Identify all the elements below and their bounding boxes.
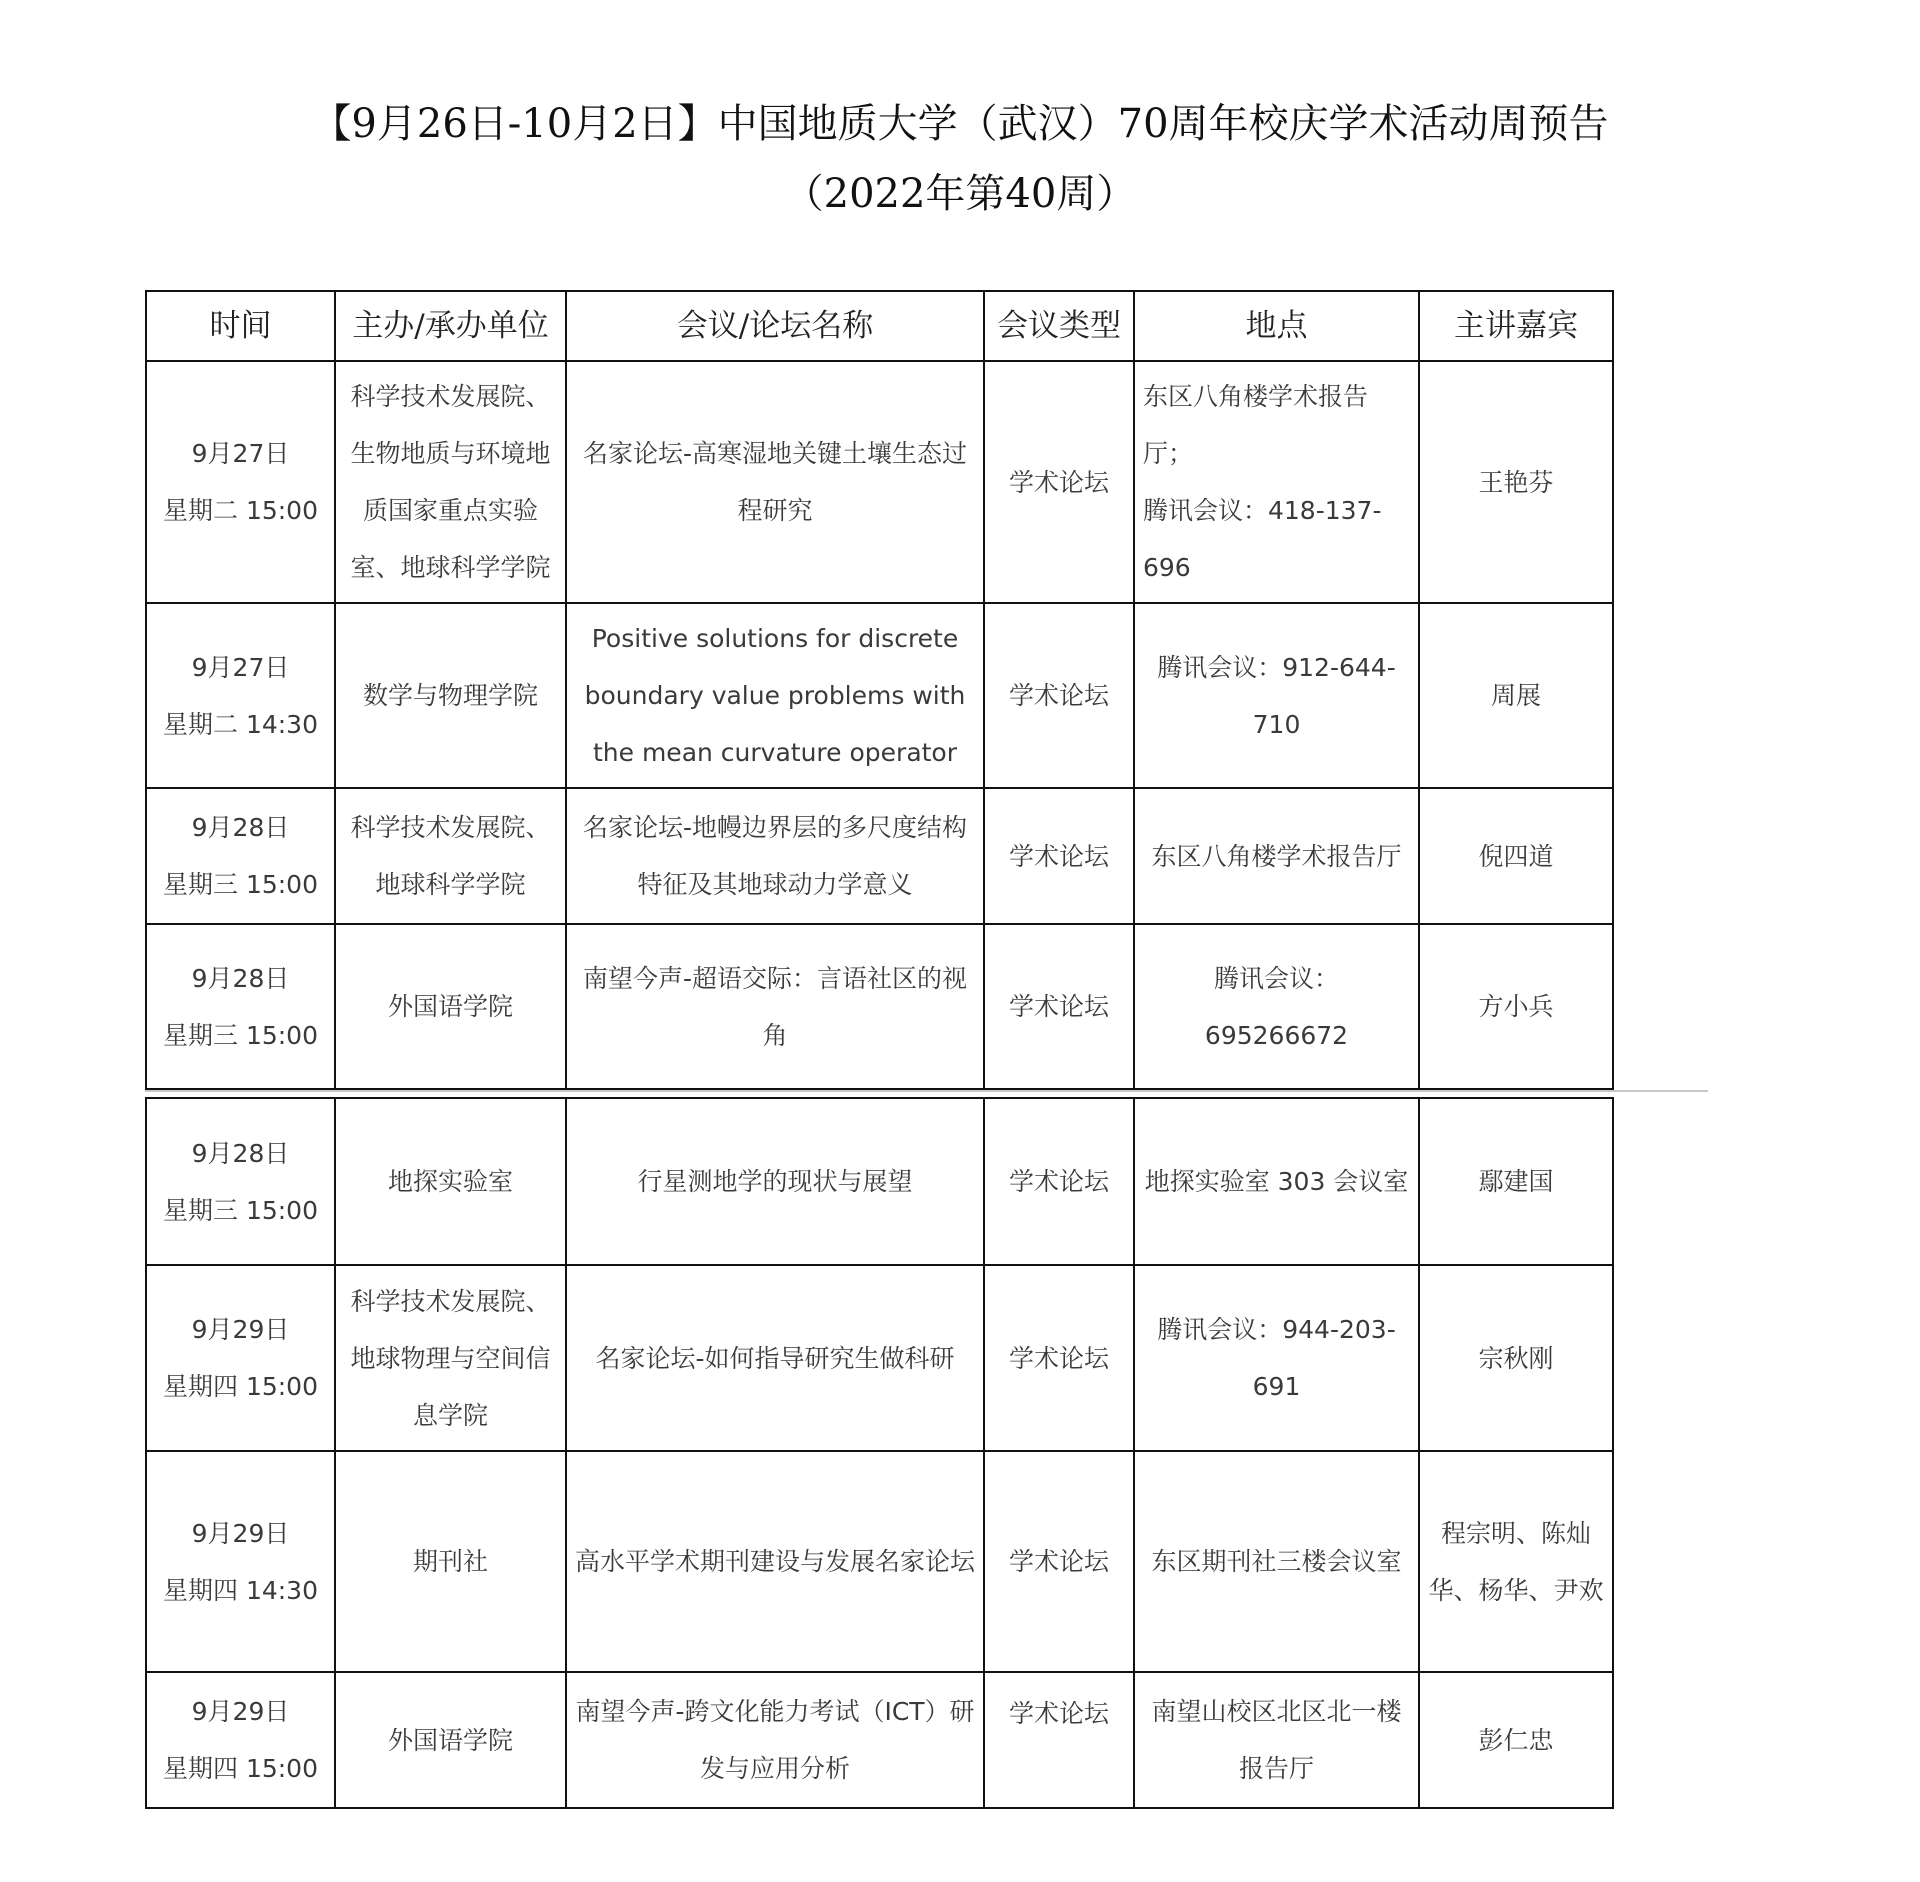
table-row: 9月27日星期二 15:00 科学技术发展院、生物地质与环境地质国家重点实验室、… — [146, 361, 1613, 603]
cell-type: 学术论坛 — [984, 1098, 1134, 1265]
cell-time: 9月28日星期三 15:00 — [146, 924, 335, 1089]
cell-time: 9月29日星期四 15:00 — [146, 1265, 335, 1451]
weekday-time-text: 星期二 14:30 — [155, 696, 326, 753]
cell-title: Positive solutions for discrete boundary… — [566, 603, 984, 788]
table-row: 9月28日星期三 15:00 地探实验室 行星测地学的现状与展望 学术论坛 地探… — [146, 1098, 1613, 1265]
cell-host: 数学与物理学院 — [335, 603, 566, 788]
date-text: 9月28日 — [155, 799, 326, 856]
cell-title: 行星测地学的现状与展望 — [566, 1098, 984, 1265]
cell-title: 名家论坛-地幔边界层的多尺度结构特征及其地球动力学意义 — [566, 788, 984, 924]
cell-type: 学术论坛 — [984, 788, 1134, 924]
date-text: 9月28日 — [155, 1125, 326, 1182]
cell-location: 南望山校区北区北一楼报告厅 — [1134, 1672, 1419, 1808]
header-host: 主办/承办单位 — [335, 291, 566, 361]
cell-host: 科学技术发展院、地球物理与空间信息学院 — [335, 1265, 566, 1451]
cell-time: 9月27日星期二 15:00 — [146, 361, 335, 603]
cell-title: 南望今声-超语交际：言语社区的视角 — [566, 924, 984, 1089]
cell-title: 名家论坛-如何指导研究生做科研 — [566, 1265, 984, 1451]
cell-host: 科学技术发展院、地球科学学院 — [335, 788, 566, 924]
cell-speaker: 王艳芬 — [1419, 361, 1613, 603]
cell-host: 外国语学院 — [335, 1672, 566, 1808]
table-row: 9月28日星期三 15:00 科学技术发展院、地球科学学院 名家论坛-地幔边界层… — [146, 788, 1613, 924]
cell-location: 腾讯会议：695266672 — [1134, 924, 1419, 1089]
header-speaker: 主讲嘉宾 — [1419, 291, 1613, 361]
date-text: 9月29日 — [155, 1683, 326, 1740]
document-subtitle: （2022年第40周） — [0, 162, 1920, 219]
page-break-divider — [145, 1090, 1708, 1092]
table-row: 9月27日星期二 14:30 数学与物理学院 Positive solution… — [146, 603, 1613, 788]
date-text: 9月27日 — [155, 425, 326, 482]
cell-location: 腾讯会议：912-644-710 — [1134, 603, 1419, 788]
cell-time: 9月28日星期三 15:00 — [146, 788, 335, 924]
header-type: 会议类型 — [984, 291, 1134, 361]
date-text: 9月29日 — [155, 1301, 326, 1358]
table-row: 9月28日星期三 15:00 外国语学院 南望今声-超语交际：言语社区的视角 学… — [146, 924, 1613, 1089]
cell-type: 学术论坛 — [984, 1265, 1134, 1451]
table-row: 9月29日星期四 15:00 外国语学院 南望今声-跨文化能力考试（ICT）研发… — [146, 1672, 1613, 1808]
weekday-time-text: 星期二 15:00 — [155, 482, 326, 539]
cell-time: 9月27日星期二 14:30 — [146, 603, 335, 788]
cell-time: 9月28日星期三 15:00 — [146, 1098, 335, 1265]
cell-type: 学术论坛 — [984, 603, 1134, 788]
cell-location: 东区八角楼学术报告厅 — [1134, 788, 1419, 924]
cell-speaker: 鄢建国 — [1419, 1098, 1613, 1265]
cell-speaker: 宗秋刚 — [1419, 1265, 1613, 1451]
cell-time: 9月29日星期四 15:00 — [146, 1672, 335, 1808]
date-text: 9月29日 — [155, 1505, 326, 1562]
weekday-time-text: 星期三 15:00 — [155, 1007, 326, 1064]
cell-time: 9月29日星期四 14:30 — [146, 1451, 335, 1672]
cell-speaker: 彭仁忠 — [1419, 1672, 1613, 1808]
cell-location: 地探实验室 303 会议室 — [1134, 1098, 1419, 1265]
weekday-time-text: 星期四 14:30 — [155, 1562, 326, 1619]
table-row: 9月29日星期四 15:00 科学技术发展院、地球物理与空间信息学院 名家论坛-… — [146, 1265, 1613, 1451]
location-line: 东区八角楼学术报告厅； — [1143, 368, 1410, 482]
weekday-time-text: 星期三 15:00 — [155, 1182, 326, 1239]
location-line: 腾讯会议：418-137-696 — [1143, 482, 1410, 596]
cell-speaker: 周展 — [1419, 603, 1613, 788]
schedule-table-part-1: 时间 主办/承办单位 会议/论坛名称 会议类型 地点 主讲嘉宾 9月27日星期二… — [145, 290, 1614, 1090]
date-text: 9月28日 — [155, 950, 326, 1007]
cell-type: 学术论坛 — [984, 361, 1134, 603]
cell-location: 腾讯会议：944-203-691 — [1134, 1265, 1419, 1451]
header-location: 地点 — [1134, 291, 1419, 361]
date-text: 9月27日 — [155, 639, 326, 696]
header-title: 会议/论坛名称 — [566, 291, 984, 361]
table-header-row: 时间 主办/承办单位 会议/论坛名称 会议类型 地点 主讲嘉宾 — [146, 291, 1613, 361]
cell-speaker: 程宗明、陈灿华、杨华、尹欢 — [1419, 1451, 1613, 1672]
cell-host: 科学技术发展院、生物地质与环境地质国家重点实验室、地球科学学院 — [335, 361, 566, 603]
weekday-time-text: 星期四 15:00 — [155, 1358, 326, 1415]
cell-title: 南望今声-跨文化能力考试（ICT）研发与应用分析 — [566, 1672, 984, 1808]
cell-speaker: 方小兵 — [1419, 924, 1613, 1089]
cell-title: 名家论坛-高寒湿地关键土壤生态过程研究 — [566, 361, 984, 603]
document-title: 【9月26日-10月2日】中国地质大学（武汉）70周年校庆学术活动周预告 — [0, 92, 1920, 149]
cell-title: 高水平学术期刊建设与发展名家论坛 — [566, 1451, 984, 1672]
header-time: 时间 — [146, 291, 335, 361]
cell-type: 学术论坛 — [984, 1451, 1134, 1672]
weekday-time-text: 星期四 15:00 — [155, 1740, 326, 1797]
schedule-table-part-2: 9月28日星期三 15:00 地探实验室 行星测地学的现状与展望 学术论坛 地探… — [145, 1097, 1614, 1809]
cell-type: 学术论坛 — [984, 924, 1134, 1089]
table-row: 9月29日星期四 14:30 期刊社 高水平学术期刊建设与发展名家论坛 学术论坛… — [146, 1451, 1613, 1672]
cell-location: 东区期刊社三楼会议室 — [1134, 1451, 1419, 1672]
weekday-time-text: 星期三 15:00 — [155, 856, 326, 913]
cell-host: 地探实验室 — [335, 1098, 566, 1265]
cell-location: 东区八角楼学术报告厅；腾讯会议：418-137-696 — [1134, 361, 1419, 603]
cell-speaker: 倪四道 — [1419, 788, 1613, 924]
cell-host: 外国语学院 — [335, 924, 566, 1089]
cell-type: 学术论坛 — [984, 1672, 1134, 1808]
cell-host: 期刊社 — [335, 1451, 566, 1672]
